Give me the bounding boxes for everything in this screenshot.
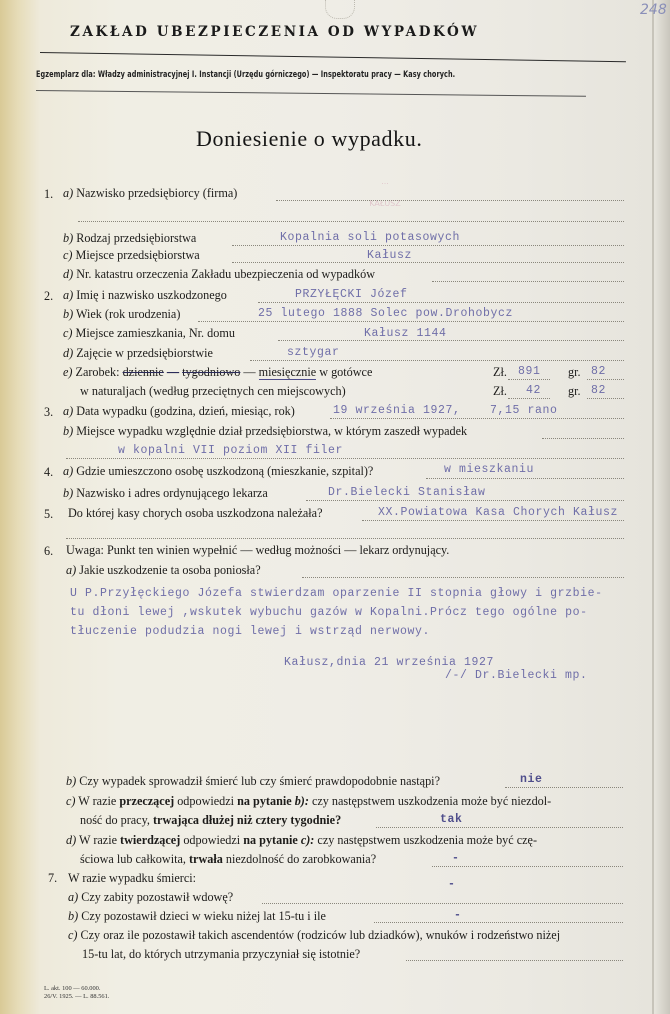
field-1a-line[interactable] [276, 200, 624, 201]
field-2b-value[interactable]: 25 lutego 1888 Solec pow.Drohobycz [258, 307, 513, 320]
page-title: Doniesienie o wypadku. [196, 126, 422, 152]
field-1d-line[interactable] [432, 281, 624, 282]
section-6-note: Uwaga: Punkt ten winien wypełnić — wedłu… [66, 543, 449, 558]
field-3a-time-value[interactable]: 7,15 rano [490, 404, 558, 417]
field-1b-value[interactable]: Kopalnia soli potasowych [280, 231, 460, 244]
section-5-number: 5. [44, 507, 53, 522]
field-1a-line-2[interactable] [78, 221, 624, 222]
injury-description-line-3[interactable]: tłuczenie podudzia nogi lewej i wstrząd … [70, 625, 430, 638]
copy-distribution: Egzemplarz dla: Władzy administracyjnej … [36, 69, 455, 79]
place-and-date: Kałusz,dnia 21 września 1927 [284, 656, 494, 669]
field-7b-value[interactable]: - [454, 909, 462, 922]
field-3b-line[interactable] [542, 438, 624, 439]
field-1b-line[interactable] [232, 245, 624, 246]
kind-zl-line[interactable] [508, 398, 550, 399]
field-2c-label: c) Miejsce zamieszkania, Nr. domu [63, 326, 235, 341]
field-6b-line[interactable] [505, 787, 623, 788]
page-number: 248 [640, 2, 667, 18]
section-1-number: 1. [44, 187, 53, 202]
field-2c-value[interactable]: Kałusz 1144 [364, 327, 447, 340]
field-2a-value[interactable]: PRZYŁĘCKI Józef [295, 288, 408, 301]
field-2d-line[interactable] [250, 360, 624, 361]
field-3b-line-2[interactable] [66, 458, 624, 459]
field-4a-value[interactable]: w mieszkaniu [444, 463, 534, 476]
option-monthly-selected: miesięcznie [259, 365, 317, 380]
field-3b-value[interactable]: w kopalni VII poziom XII filer [118, 444, 343, 457]
field-4b-line[interactable] [306, 500, 624, 501]
field-6a-label: a) Jakie uszkodzenie ta osoba poniosła? [66, 563, 261, 578]
section-2-number: 2. [44, 289, 53, 304]
field-1b-label: b) Rodzaj przedsiębiorstwa [63, 231, 196, 246]
field-2b-line[interactable] [198, 321, 624, 322]
kind-gr-line[interactable] [587, 398, 624, 399]
injury-description-line-2[interactable]: tu dłoni lewej ,wskutek wybuchu gazów w … [70, 606, 588, 619]
field-7a-line[interactable] [262, 903, 623, 904]
field-2c-line[interactable] [278, 340, 624, 341]
field-2e-kind-label: w naturaljach (według przeciętnych cen m… [80, 384, 346, 399]
field-6c-line[interactable] [376, 827, 623, 828]
field-2e-label: e) Zarobek: dziennie — tygodniowo — mies… [63, 365, 372, 380]
field-5-line-2[interactable] [66, 538, 624, 539]
field-3a-line[interactable] [330, 418, 624, 419]
field-4b-label: b) Nazwisko i adres ordynującego lekarza [63, 486, 268, 501]
field-2d-label: d) Zajęcie w przedsiębiorstwie [63, 346, 213, 361]
field-5-value[interactable]: XX.Powiatowa Kasa Chorych Kałusz [378, 506, 618, 519]
agency-header: ZAKŁAD UBEZPIECZENIA OD WYPADKÓW [70, 24, 479, 40]
field-7b-label: b) Czy pozostawił dzieci w wieku niżej l… [68, 909, 326, 924]
field-6a-line[interactable] [302, 577, 624, 578]
field-6d-label-line-1: d) W razie twierdzącej odpowiedzi na pyt… [66, 833, 537, 848]
field-5-line[interactable] [362, 520, 624, 521]
field-2b-label: b) Wiek (rok urodzenia) [63, 307, 180, 322]
kind-zl-value[interactable]: 42 [526, 384, 541, 397]
header-rule [40, 52, 626, 62]
injury-description-line-1[interactable]: U P.Przyłęckiego Józefa stwierdzam oparz… [70, 587, 603, 600]
field-7a-label: a) Czy zabity pozostawił wdowę? [68, 890, 233, 905]
field-3a-label: a) Data wypadku (godzina, dzień, miesiąc… [63, 404, 295, 419]
field-6d-value[interactable]: - [452, 852, 460, 865]
field-1c-label: c) Miejsce przedsiębiorstwa [63, 248, 200, 263]
field-6c-value[interactable]: tak [440, 813, 463, 826]
field-2a-line[interactable] [258, 302, 624, 303]
field-4b-value[interactable]: Dr.Bielecki Stanisław [328, 486, 486, 499]
section-3-number: 3. [44, 405, 53, 420]
field-3b-label: b) Miejsce wypadku względnie dział przed… [63, 424, 467, 439]
field-6c-label-line-2: ność do pracy, trwająca dłużej niż czter… [80, 813, 341, 828]
field-1c-value[interactable]: Kałusz [367, 249, 412, 262]
field-1a-label: a) Nazwisko przedsiębiorcy (firma) [63, 186, 237, 201]
option-weekly-struck: tygodniowo [182, 365, 240, 379]
field-7a-value[interactable]: - [448, 878, 456, 891]
doctor-signature: /-/ Dr.Bielecki mp. [445, 669, 588, 682]
field-3a-date-value[interactable]: 19 września 1927, [333, 404, 461, 417]
field-4a-label: a) Gdzie umieszczono osobę uszkodzoną (m… [63, 464, 373, 479]
field-1c-line[interactable] [232, 262, 624, 263]
field-6c-label-line-1: c) W razie przeczącej odpowiedzi na pyta… [66, 794, 551, 809]
cash-zl-value[interactable]: 891 [518, 365, 541, 378]
print-footer: L. akt. 100 — 60.000. 26/V. 1925. — L. 8… [44, 985, 109, 1001]
field-7c-label-line-2: 15-tu lat, do których utrzymania przyczy… [82, 947, 360, 962]
cash-zl-line[interactable] [508, 379, 550, 380]
section-7-number: 7. [48, 871, 57, 886]
distribution-rule [36, 90, 586, 97]
field-7c-line[interactable] [406, 960, 623, 961]
page-fold [652, 0, 654, 1014]
eagle-emblem-icon [325, 0, 355, 19]
field-6d-label-line-2: ściowa lub całkowita, trwała niezdolność… [80, 852, 376, 867]
option-daily-struck: dziennie [123, 365, 164, 379]
document-page: 248 ZAKŁAD UBEZPIECZENIA OD WYPADKÓW Egz… [0, 0, 670, 1014]
field-6b-value[interactable]: nie [520, 773, 543, 786]
kind-gr-value[interactable]: 82 [591, 384, 606, 397]
field-6d-line[interactable] [432, 866, 623, 867]
field-7c-label-line-1: c) Czy oraz ile pozostawił takich ascend… [68, 928, 560, 943]
cash-gr-value[interactable]: 82 [591, 365, 606, 378]
section-4-number: 4. [44, 465, 53, 480]
field-2a-label: a) Imię i nazwisko uszkodzonego [63, 288, 227, 303]
field-4a-line[interactable] [426, 478, 624, 479]
section-6-number: 6. [44, 544, 53, 559]
field-1d-label: d) Nr. katastru orzeczenia Zakładu ubezp… [63, 267, 375, 282]
field-5-label: Do której kasy chorych osoba uszkodzona … [68, 506, 323, 521]
cash-gr-line[interactable] [587, 379, 624, 380]
field-7b-line[interactable] [374, 922, 623, 923]
field-2d-value[interactable]: sztygar [287, 346, 340, 359]
field-6b-label: b) Czy wypadek sprowadził śmierć lub czy… [66, 774, 440, 789]
section-7-label: W razie wypadku śmierci: [68, 871, 196, 886]
